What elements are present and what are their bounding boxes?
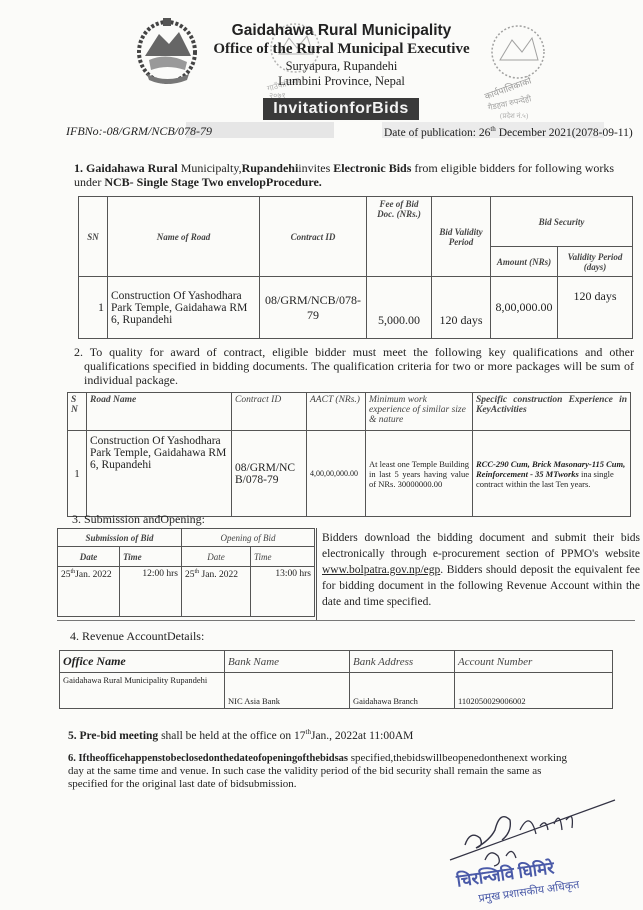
cell-amount: 8,00,000.00 — [491, 277, 558, 339]
svg-text:(प्रदेश नं.५): (प्रदेश नं.५) — [500, 111, 529, 120]
col-amount: Amount (NRs) — [491, 247, 558, 277]
cell-road: Construction Of Yashodhara Park Temple, … — [87, 431, 232, 517]
cell-experience: At least one Temple Building in last 5 y… — [366, 431, 473, 517]
table-row: Gaidahawa Rural Municipality Rupandehi N… — [60, 673, 613, 709]
col-open-date: Date — [182, 547, 251, 567]
col-experience: Minimum work experience of similar size … — [366, 393, 473, 431]
address-line-1: Suryapura, Rupandehi — [20, 59, 643, 74]
publication-date: Date of publication: 26th December 2021(… — [384, 125, 633, 139]
cell-contract: 08/GRM/NCB/078-79 — [232, 431, 307, 517]
divider — [57, 620, 635, 621]
col-bid-security: Bid Security — [491, 197, 633, 247]
cell-open-date: 25th Jan. 2022 — [182, 567, 251, 617]
col-sn: S N — [68, 393, 87, 431]
submission-table: Submission of Bid Opening of Bid Date Ti… — [57, 528, 315, 617]
col-opening: Opening of Bid — [182, 529, 315, 547]
cell-sn: 1 — [79, 277, 108, 339]
section-5-text: 5. Pre-bid meeting shall be held at the … — [68, 725, 413, 743]
col-bank-address: Bank Address — [350, 651, 455, 673]
cell-bank-name: NIC Asia Bank — [225, 673, 350, 709]
col-name: Name of Road — [108, 197, 260, 277]
col-sub-date: Date — [58, 547, 120, 567]
cell-validity: 120 days — [432, 277, 491, 339]
ifb-number: IFBNo:-08/GRM/NCB/078-79 — [66, 124, 212, 139]
col-contract: Contract ID — [232, 393, 307, 431]
col-sub-time: Time — [120, 547, 182, 567]
cell-security-validity: 120 days — [558, 277, 633, 339]
section-2-text: 2. To quality for award of contract, eli… — [74, 345, 634, 387]
submission-note: Bidders download the bidding document an… — [322, 530, 640, 610]
works-table: SN Name of Road Contract ID Fee of Bid D… — [78, 196, 633, 339]
cell-account-number: 1102050029006002 — [455, 673, 613, 709]
municipality-name: Gaidahawa Rural Municipality — [20, 22, 643, 40]
col-road: Road Name — [87, 393, 232, 431]
cell-sub-time: 12:00 hrs — [120, 567, 182, 617]
section-6-text: 6. Iftheofficehappenstobeclosedonthedate… — [68, 752, 568, 791]
qualification-table: S N Road Name Contract ID AACT (NRs.) Mi… — [67, 392, 631, 517]
cell-specific: RCC-290 Cum, Brick Masonary-115 Cum, Rei… — [473, 431, 631, 517]
cell-aact: 4,00,00,000.00 — [307, 431, 366, 517]
col-aact: AACT (NRs.) — [307, 393, 366, 431]
revenue-account-table: Office Name Bank Name Bank Address Accou… — [59, 650, 613, 709]
cell-fee: 5,000.00 — [367, 277, 432, 339]
cell-sn: 1 — [68, 431, 87, 517]
table-row: 1 Construction Of Yashodhara Park Temple… — [79, 277, 633, 339]
bolpatra-link[interactable]: www.bolpatra.gov.np/egp — [322, 564, 440, 576]
cell-bank-address: Gaidahawa Branch — [350, 673, 455, 709]
table-row: 1 Construction Of Yashodhara Park Temple… — [68, 431, 631, 517]
col-account-number: Account Number — [455, 651, 613, 673]
col-specific: Specific construction Experience in KeyA… — [473, 393, 631, 431]
cell-open-time: 13:00 hrs — [251, 567, 315, 617]
col-submission: Submission of Bid — [58, 529, 182, 547]
col-bank-name: Bank Name — [225, 651, 350, 673]
col-office-name: Office Name — [60, 651, 225, 673]
col-security-validity: Validity Period (days) — [558, 247, 633, 277]
cell-sub-date: 25thJan. 2022 — [58, 567, 120, 617]
section-1-intro: 1. Gaidahawa Rural Municipalty,Rupandehi… — [74, 161, 634, 189]
office-name: Office of the Rural Municipal Executive — [20, 41, 643, 58]
address-line-2: Lumbini Province, Nepal — [20, 74, 643, 89]
col-sn: SN — [79, 197, 108, 277]
cell-contract: 08/GRM/NCB/078-79 — [260, 277, 367, 339]
document-title-banner: InvitationforBids — [263, 98, 419, 120]
cell-name: Construction Of Yashodhara Park Temple, … — [108, 277, 260, 339]
col-fee: Fee of Bid Doc. (NRs.) — [367, 197, 432, 277]
table-row: 25thJan. 2022 12:00 hrs 25th Jan. 2022 1… — [58, 567, 315, 617]
cell-office-name: Gaidahawa Rural Municipality Rupandehi — [60, 673, 225, 709]
col-contract: Contract ID — [260, 197, 367, 277]
col-open-time: Time — [251, 547, 315, 567]
section-4-title: 4. Revenue AccountDetails: — [70, 629, 204, 644]
section-3-title: 3. Submission andOpening: — [72, 512, 205, 527]
col-validity: Bid Validity Period — [432, 197, 491, 277]
